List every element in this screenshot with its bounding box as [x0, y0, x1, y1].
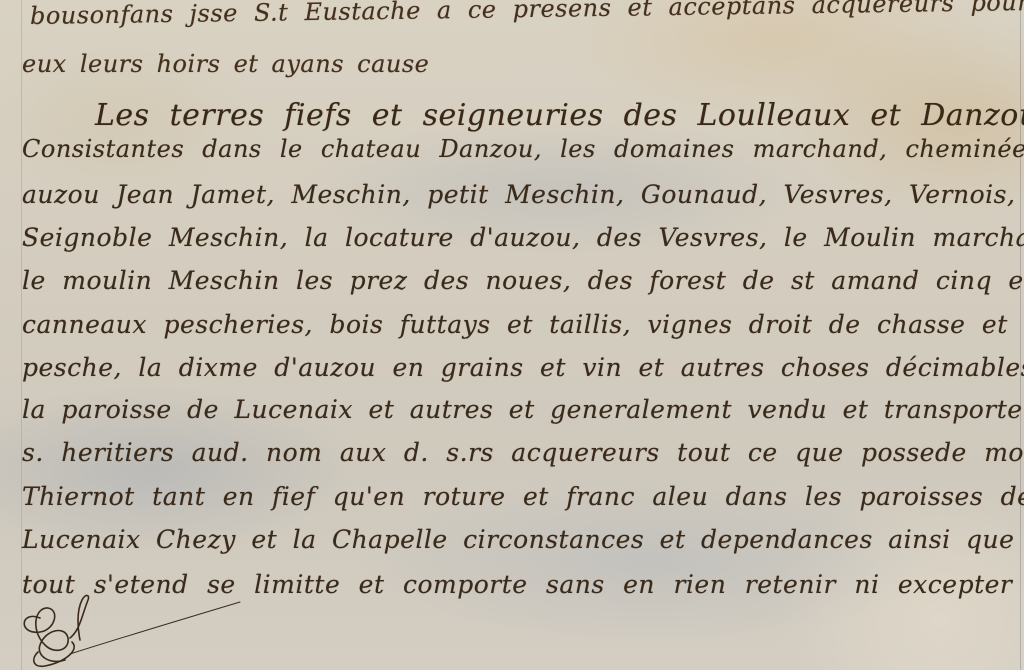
manuscript-line-12: Thiernot tant en fief qu'en roture et fr…	[22, 482, 1024, 511]
manuscript-line-6: Seignoble Meschin, la locature d'auzou, …	[22, 223, 1024, 252]
manuscript-line-11: s. heritiers aud. nom aux d. s.rs acquer…	[22, 438, 1024, 467]
manuscript-line-8: canneaux pescheries, bois futtays et tai…	[22, 310, 1008, 339]
signature-paraph-icon	[10, 590, 250, 670]
manuscript-line-4: Consistantes dans le chateau Danzou, les…	[22, 135, 1024, 163]
manuscript-line-1: bousonfans jsse S.t Eustache a ce presen…	[30, 0, 1024, 30]
manuscript-page: bousonfans jsse S.t Eustache a ce presen…	[0, 0, 1024, 670]
manuscript-line-5: auzou Jean Jamet, Meschin, petit Meschin…	[22, 180, 1015, 209]
manuscript-line-3-paragraph-start: Les terres fiefs et seigneuries des Loul…	[95, 98, 1024, 133]
manuscript-line-7: le moulin Meschin les prez des noues, de…	[22, 266, 1024, 295]
manuscript-line-10: la paroisse de Lucenaix et autres et gen…	[22, 395, 1024, 424]
manuscript-line-13: Lucenaix Chezy et la Chapelle circonstan…	[22, 525, 1024, 554]
manuscript-line-9: pesche, la dixme d'auzou en grains et vi…	[22, 353, 1024, 382]
manuscript-line-2: eux leurs hoirs et ayans cause	[22, 50, 429, 78]
